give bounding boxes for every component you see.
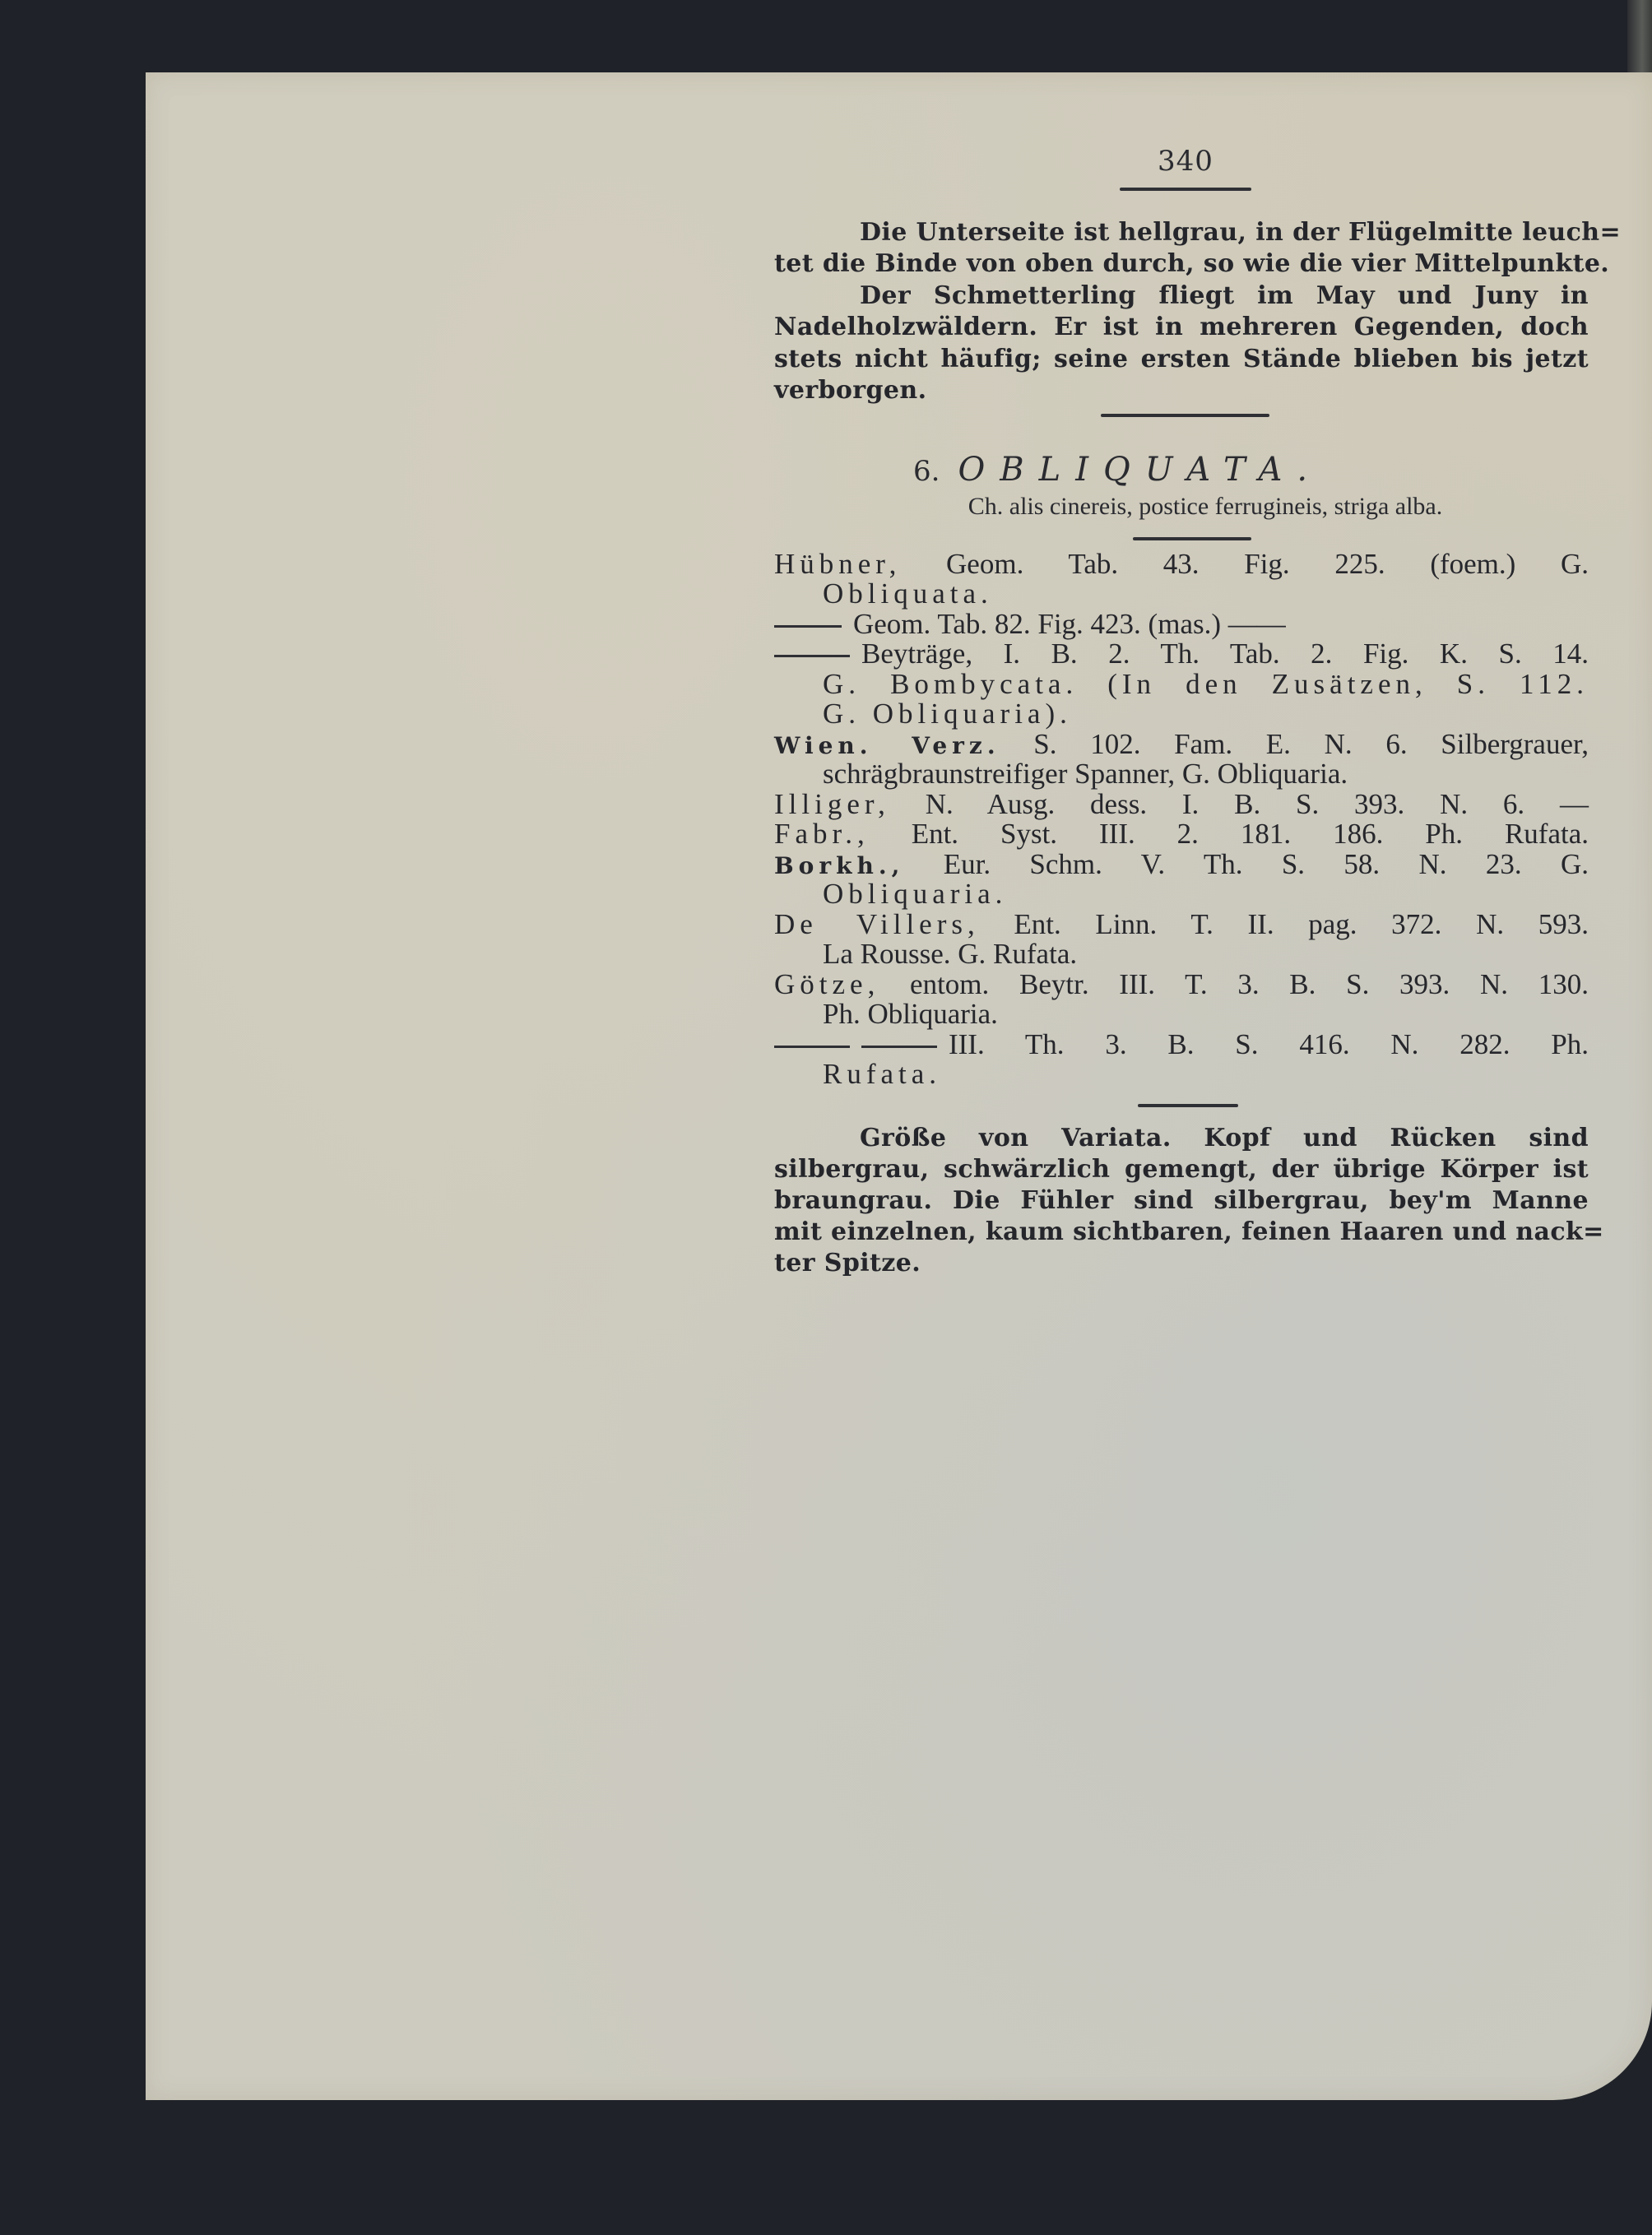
- reference-line: Beyträge, I. B. 2. Th. Tab. 2. Fig. K. S…: [774, 639, 1589, 670]
- text-line: tet die Binde von oben durch, so wie die…: [774, 248, 1589, 281]
- reference-line: G. Obliquaria).: [823, 699, 1589, 730]
- page-number-rule: [1120, 188, 1251, 191]
- reference-line: III. Th. 3. B. S. 416. N. 282. Ph.: [774, 1030, 1589, 1060]
- text-line: Nadelholzwäldern. Er ist in mehreren Geg…: [774, 312, 1589, 344]
- reference-line: Hübner, Geom. Tab. 43. Fig. 225. (foem.)…: [774, 549, 1589, 580]
- reference-line: Götze, entom. Beytr. III. T. 3. B. S. 39…: [774, 970, 1589, 1000]
- section-divider: [1138, 1104, 1238, 1107]
- species-name: OBLIQUATA.: [958, 451, 1322, 489]
- text-line: ter Spitze.: [774, 1248, 1589, 1280]
- reference-line: G. Bombycata. (In den Zusätzen, S. 112.: [823, 670, 1589, 700]
- reference-line: Rufata.: [823, 1060, 1589, 1090]
- section-divider: [1133, 537, 1251, 540]
- reference-line: Illiger, N. Ausg. dess. I. B. S. 393. N.…: [774, 790, 1589, 820]
- reference-line: De Villers, Ent. Linn. T. II. pag. 372. …: [774, 910, 1589, 940]
- text-line: braungrau. Die Fühler sind silbergrau, b…: [774, 1185, 1589, 1217]
- page-number: 340: [1120, 145, 1251, 178]
- text-line: verborgen.: [774, 375, 1589, 407]
- text-line: mit einzelnen, kaum sichtbaren, feinen H…: [774, 1217, 1589, 1249]
- reference-line: Obliquata.: [823, 579, 1589, 610]
- reference-line: Obliquaria.: [823, 879, 1589, 910]
- reference-line: Borkh., Eur. Schm. V. Th. S. 58. N. 23. …: [774, 850, 1589, 882]
- text-line: stets nicht häufig; seine ersten Stände …: [774, 344, 1589, 376]
- reference-line: La Rousse. G. Rufata.: [823, 939, 1589, 970]
- text-line: silbergrau, schwärzlich gemengt, der übr…: [774, 1154, 1589, 1186]
- reference-line: Wien. Verz. S. 102. Fam. E. N. 6. Silber…: [774, 730, 1589, 762]
- reference-line: schrägbraunstreifiger Spanner, G. Obliqu…: [823, 759, 1589, 790]
- reference-line: Fabr., Ent. Syst. III. 2. 181. 186. Ph. …: [774, 819, 1589, 850]
- text-line: Größe von Variata. Kopf und Rücken sind: [860, 1123, 1589, 1155]
- species-heading: 6.OBLIQUATA.: [913, 451, 1538, 489]
- species-diagnosis: Ch. alis cinereis, postice ferrugineis, …: [843, 493, 1567, 521]
- species-number: 6.: [913, 455, 940, 488]
- reference-line: Geom. Tab. 82. Fig. 423. (mas.) ——: [774, 610, 1589, 640]
- text-line: Die Unterseite ist hellgrau, in der Flüg…: [860, 217, 1589, 249]
- reference-line: Ph. Obliquaria.: [823, 999, 1589, 1030]
- section-divider: [1101, 414, 1269, 417]
- text-line: Der Schmetterling fliegt im May und Juny…: [860, 281, 1589, 313]
